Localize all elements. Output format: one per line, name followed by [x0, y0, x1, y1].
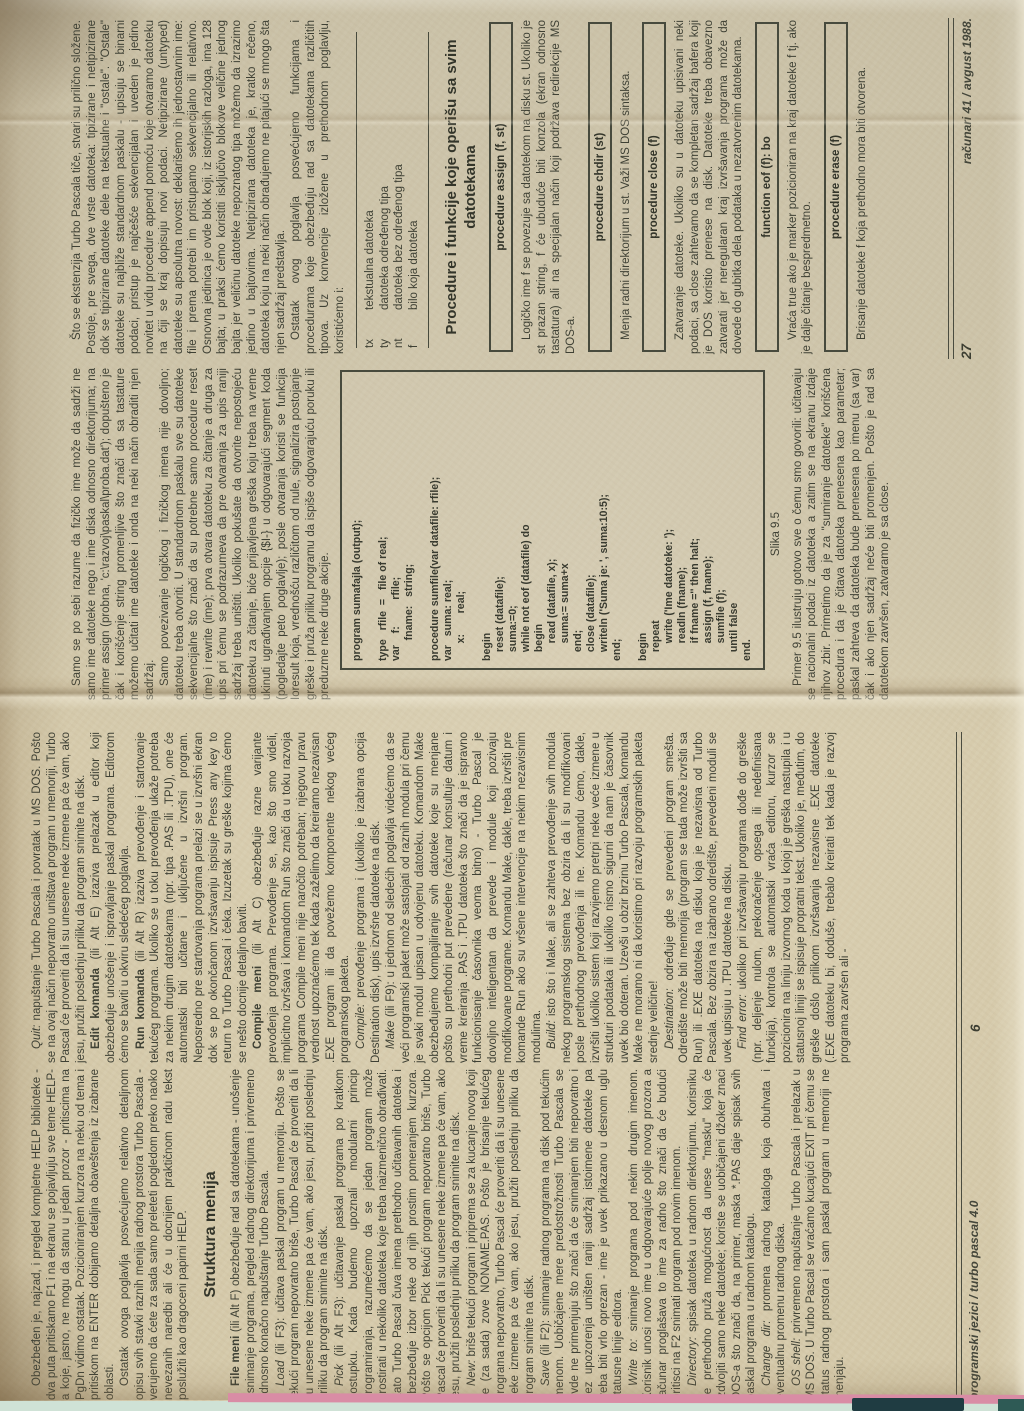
paragraph: Što se ekstenzija Turbo Pascala tiče, st…	[70, 20, 288, 354]
paragraph-lead: Make	[385, 1021, 397, 1049]
paragraph: Primer 9.5 ilustruju gotovo sve o čemu s…	[791, 368, 893, 700]
paragraph: Run komanda (ili Alt R) izaziva prevođen…	[134, 732, 250, 1063]
legend-description: bilo koja datoteka	[407, 220, 422, 310]
footer-magazine-label: računari 41 / avgust 1988.	[960, 18, 974, 164]
paragraph: File meni (ili Alt F) obezbeđuje rad sa …	[229, 1069, 273, 1400]
paragraph: Brisanje datoteke f koja prethodno mora …	[855, 20, 870, 354]
footer-rule	[956, 732, 962, 1400]
procedure-signature-box: function eof (f): bo	[755, 22, 779, 352]
legend-row: tydatoteka određenog tipa	[378, 32, 393, 348]
code-listing-box: program sumafajla (output); type rfile =…	[340, 370, 765, 670]
paragraph-lead: Find error:	[737, 994, 749, 1049]
paragraph-lead: Run komanda	[135, 969, 147, 1049]
legend-description: datoteka određenog tipa	[378, 186, 393, 310]
column-left-1: Obezbeđen je, najzad, i pregled kompletn…	[30, 1069, 849, 1400]
underlying-photo-dark-patch	[852, 1398, 964, 1411]
paragraph: Destination: određuje gde se prevedeni p…	[663, 732, 736, 1063]
section-heading: Struktura menija	[202, 1069, 220, 1400]
procedure-signature-box: procedure assign (f, st)	[489, 22, 513, 352]
paragraph: Make (ili F9): u jednom od sledećih pogl…	[384, 732, 544, 1063]
legend-row: ntdatoteka bez određenog tipa	[392, 32, 407, 348]
paragraph: Load (ili F3): učitava paskal program u …	[274, 1069, 332, 1400]
figure-caption: Slika 9.5	[770, 368, 782, 700]
paragraph-lead: Compile meni	[252, 966, 264, 1049]
footer-rule	[948, 18, 954, 359]
page-right-edge-highlight	[1014, 0, 1024, 1411]
procedure-signature-box: procedure close (f)	[642, 22, 666, 352]
paragraph: Edit komanda (ili Alt E) izaziva prelaza…	[89, 732, 133, 1063]
column-left-2: Quit: napuštanje Turbo Pascala i povrata…	[30, 732, 854, 1063]
paragraph: Ostatak ovog poglavlja posvećujemo funkc…	[289, 20, 347, 354]
procedure-signature-box: procedure erase (f)	[824, 22, 848, 352]
page-number-right: 27	[959, 344, 974, 359]
paragraph: Compile meni (ili Alt C) obezbeđuje razn…	[251, 732, 353, 1063]
footer-right: 27 računari 41 / avgust 1988.	[948, 18, 974, 359]
magazine-spread: Obezbeđen je, najzad, i pregled kompletn…	[0, 0, 1024, 1411]
paragraph: Samo se po sebi razume da fizičko ime mo…	[70, 368, 157, 700]
paragraph: Compile: prevođenje programa i (ukoliko …	[354, 732, 383, 1063]
paragraph: Logičko ime f se povezuje sa datotekom n…	[520, 20, 578, 354]
column-right-1: Samo se po sebi razume da fizičko ime mo…	[70, 368, 894, 700]
legend-row: fbilo koja datoteka	[407, 32, 422, 348]
paragraph: Samo povezivanje logičkog i fizičkog ime…	[158, 368, 333, 700]
legend-description: datoteka bez određenog tipa	[392, 164, 407, 310]
legend-table: txtekstualna datotekatydatoteka određeno…	[356, 32, 429, 348]
paragraph: Write to: snimanje programa pod nekim dr…	[627, 1069, 685, 1400]
paragraph-lead: Destination:	[664, 988, 676, 1049]
paragraph: Build: isto što i Make, ali se zahteva p…	[545, 732, 661, 1063]
code-listing: program sumafajla (output); type rfile =…	[351, 379, 754, 661]
legend-row: txtekstualna datoteka	[363, 32, 378, 348]
paragraph: Vraća true ako je marker pozicioniran na…	[786, 20, 815, 354]
paragraph: Menja radni direktorijum u st. Važi MS D…	[619, 20, 634, 354]
paragraph: Directory: spisak datoteka u radnom dire…	[686, 1069, 759, 1400]
legend-abbr: nt	[392, 310, 407, 348]
paragraph: Quit: napuštanje Turbo Pascala i povrata…	[30, 732, 88, 1063]
paragraph: Ostatak ovoga poglavlja posvećujemo rela…	[118, 1069, 191, 1400]
paragraph: Save (ili F2): snimanje radnog programa …	[539, 1069, 626, 1400]
paragraph: OS shell: privremeno napuštanje Turbo Pa…	[790, 1069, 848, 1400]
legend-abbr: tx	[363, 310, 378, 348]
paragraph-lead: Quit:	[31, 1025, 43, 1049]
section-heading: Procedure i funkcije koje operišu sa svi…	[442, 24, 480, 350]
underlying-photo-teal-patch	[998, 1399, 1024, 1411]
paragraph-lead: Edit komanda	[90, 968, 102, 1049]
paragraph: Pick (ili Alt F3): učitavanje paskal pro…	[333, 1069, 464, 1400]
paragraph: New: briše tekući program i priprema se …	[465, 1069, 538, 1400]
magazine-page-scan: Obezbeđen je, najzad, i pregled kompletn…	[0, 0, 1024, 1411]
legend-abbr: ty	[378, 310, 393, 348]
paragraph: Change dir: promena radnog kataloga koja…	[760, 1069, 789, 1400]
paragraph-lead: Compile:	[355, 1004, 367, 1049]
legend-description: tekstualna datoteka	[363, 210, 378, 310]
footer-left: programski jezici / turbo pascal 4.0 6	[956, 732, 981, 1400]
legend-abbr: f	[407, 310, 422, 348]
paragraph: Zatvaranje datoteke. Ukoliko su u datote…	[673, 20, 746, 354]
paragraph: Find error: ukoliko pri izvršavanju prog…	[736, 732, 852, 1063]
paragraph: Obezbeđen je, najzad, i pregled kompletn…	[30, 1069, 117, 1400]
procedure-signature-box: procedure chdir (st)	[588, 22, 612, 352]
page-number-left: 6	[968, 1024, 983, 1032]
paragraph-lead: Build:	[546, 1020, 558, 1049]
column-right-2: Što se ekstenzija Turbo Pascala tiče, st…	[70, 20, 875, 354]
